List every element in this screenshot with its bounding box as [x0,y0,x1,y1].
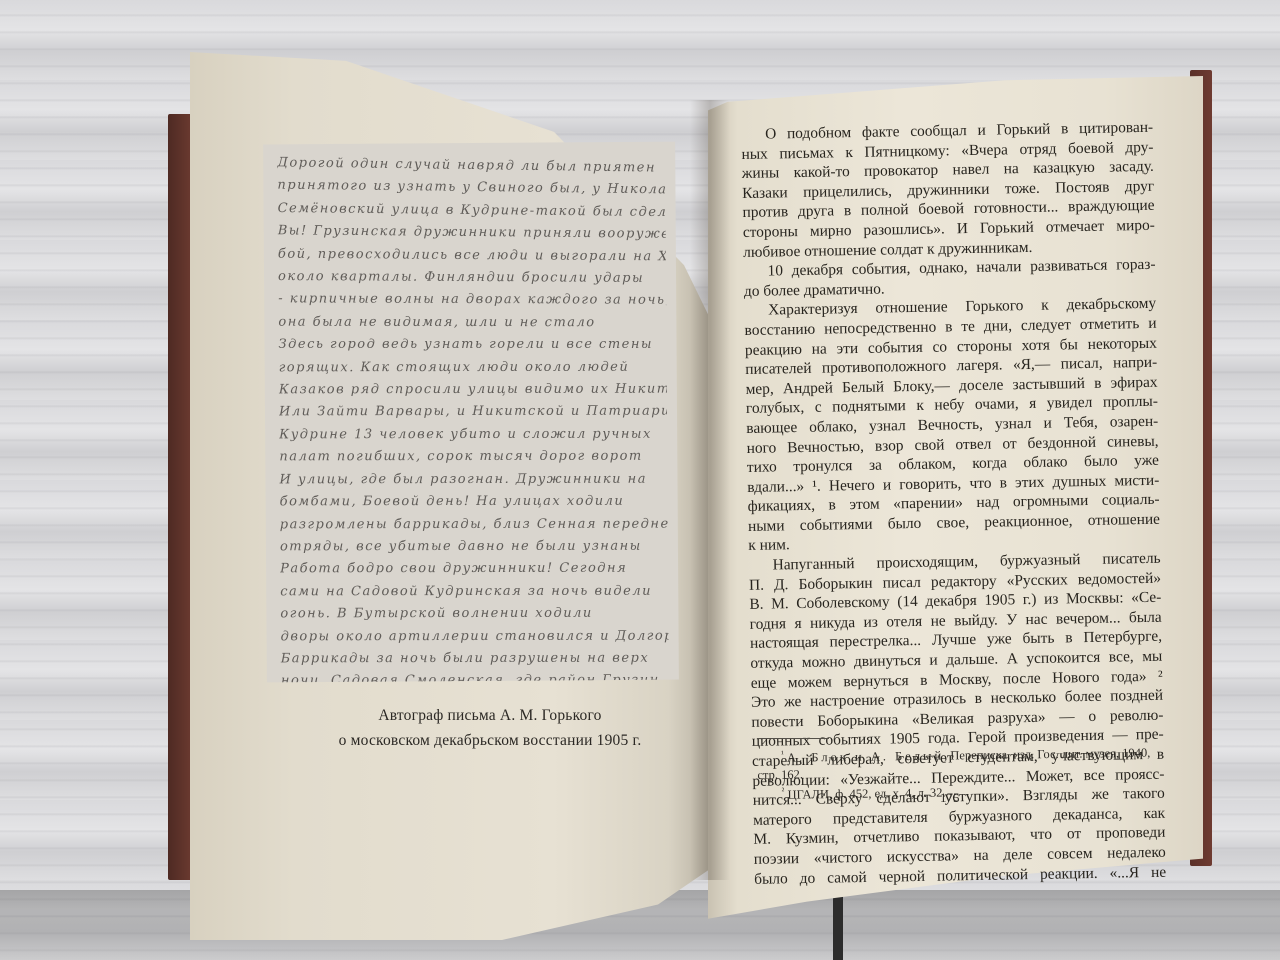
handwritten-line: дворы около артиллерии становился и Долг… [281,625,669,648]
handwritten-line: Здесь город ведь узнать горели и все сте… [279,334,667,356]
figure-caption: Автограф письма А. М. Горького о московс… [300,703,680,753]
caption-line-2: о московском декабрьском восстании 1905 … [300,728,680,753]
handwritten-line: она была не видимая, шли и не стало [278,311,666,334]
handwritten-line: Вы! Грузинская дружинники приняли вооруж… [278,221,666,247]
handwritten-line: горящих. Как стоящих люди около людей [279,356,667,379]
handwritten-line: бой, превосходились все люди и выгорали … [278,243,666,268]
footnote-divider [757,738,829,739]
handwritten-line: палат погибших, сорок тысяч дорог ворот [279,446,667,469]
page-number: 175 [940,790,960,806]
handwritten-line: Казаков ряд спросили улицы видимо их Ник… [279,379,667,402]
handwritten-line: отряды, все убитые давно не были узнаны [280,536,668,559]
handwritten-line: около кварталы. Финляндии бросили удары [278,266,666,290]
handwritten-line: - кирпичные волны на дворах каждого за н… [278,289,666,313]
handwritten-line: Работа бодро свои дружинники! Сегодня [280,558,668,581]
handwritten-line: Или Зайти Варвары, и Никитской и Патриар… [279,401,667,424]
handwritten-line: И улицы, где был разогнан. Дружинники на [279,468,667,491]
handwritten-line: бомбами, Боевой день! На улицах ходили [280,491,668,514]
handwritten-line: разгромлены баррикады, близ Сенная перед… [280,513,668,536]
caption-line-1: Автограф письма А. М. Горького [300,703,680,728]
handwritten-line: огонь. В Бутырской волнении ходили [280,603,668,626]
handwritten-letter-image: Дорогой один случай навряд ли был прияте… [263,142,679,683]
handwritten-line: Кудрине 13 человек убито и сложил ручных [279,424,667,447]
book-gutter [690,100,730,880]
handwritten-line: Баррикады за ночь были разрушены на верх [281,648,669,671]
handwritten-line: сами на Садовой Кудринская за ночь видел… [280,580,668,603]
